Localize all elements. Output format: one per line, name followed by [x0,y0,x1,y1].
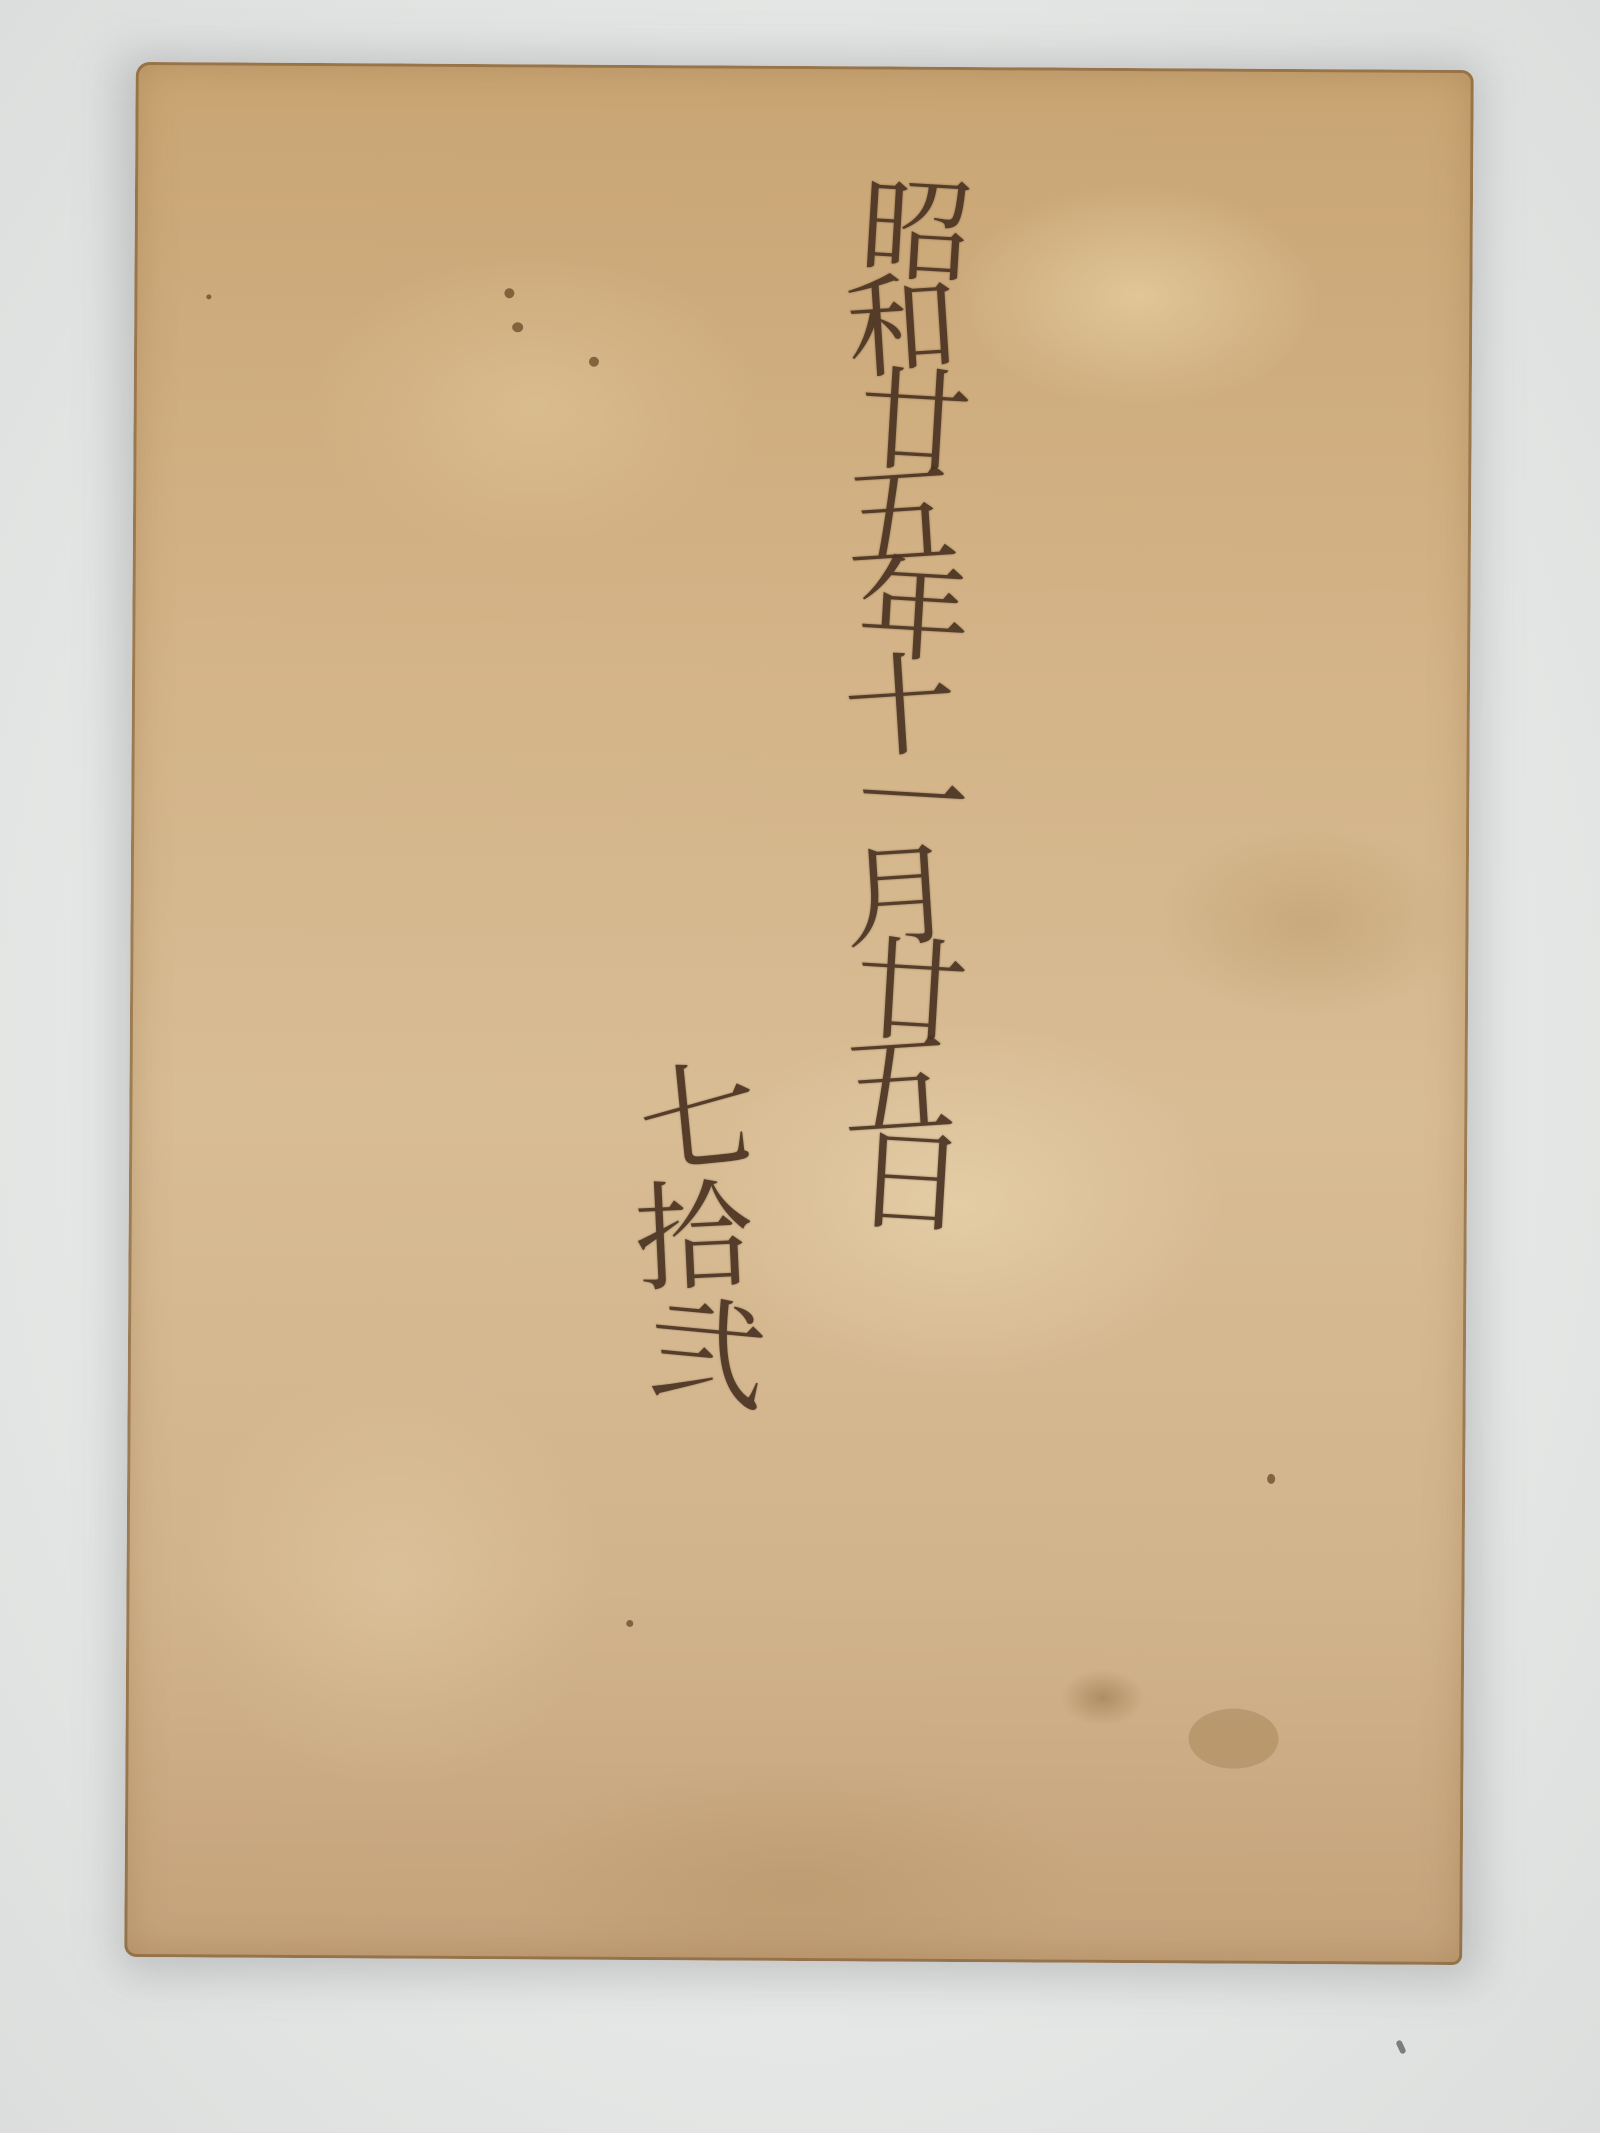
char: 拾 [632,1176,755,1299]
aged-card: 昭 和 廿 五 年 十 一 月 廿 五 日 七 拾 弐 [124,62,1474,1965]
char: 和 [843,268,961,370]
floor-debris-fleck [1395,2039,1406,2054]
char: 七 [634,1055,763,1184]
stain-spot [504,288,514,298]
char: 五 [842,458,960,560]
stain-spot [512,322,523,332]
char: 一 [855,744,972,845]
char: 日 [852,1123,969,1224]
char: 昭 [858,174,975,275]
char: 十 [841,648,959,750]
char: 年 [856,554,973,655]
char: 弐 [643,1291,772,1419]
amount-inscription: 七 拾 弐 [638,1060,758,1415]
stain-spot [1267,1474,1275,1484]
stain-spot [626,1620,633,1627]
char: 五 [839,1028,957,1130]
stain-spot [589,357,599,367]
char: 月 [840,838,958,940]
char: 廿 [857,364,974,465]
char: 廿 [854,933,971,1034]
date-inscription: 昭 和 廿 五 年 十 一 月 廿 五 日 [849,176,967,1222]
stain-spot [206,294,211,299]
water-stain [1188,1708,1278,1769]
